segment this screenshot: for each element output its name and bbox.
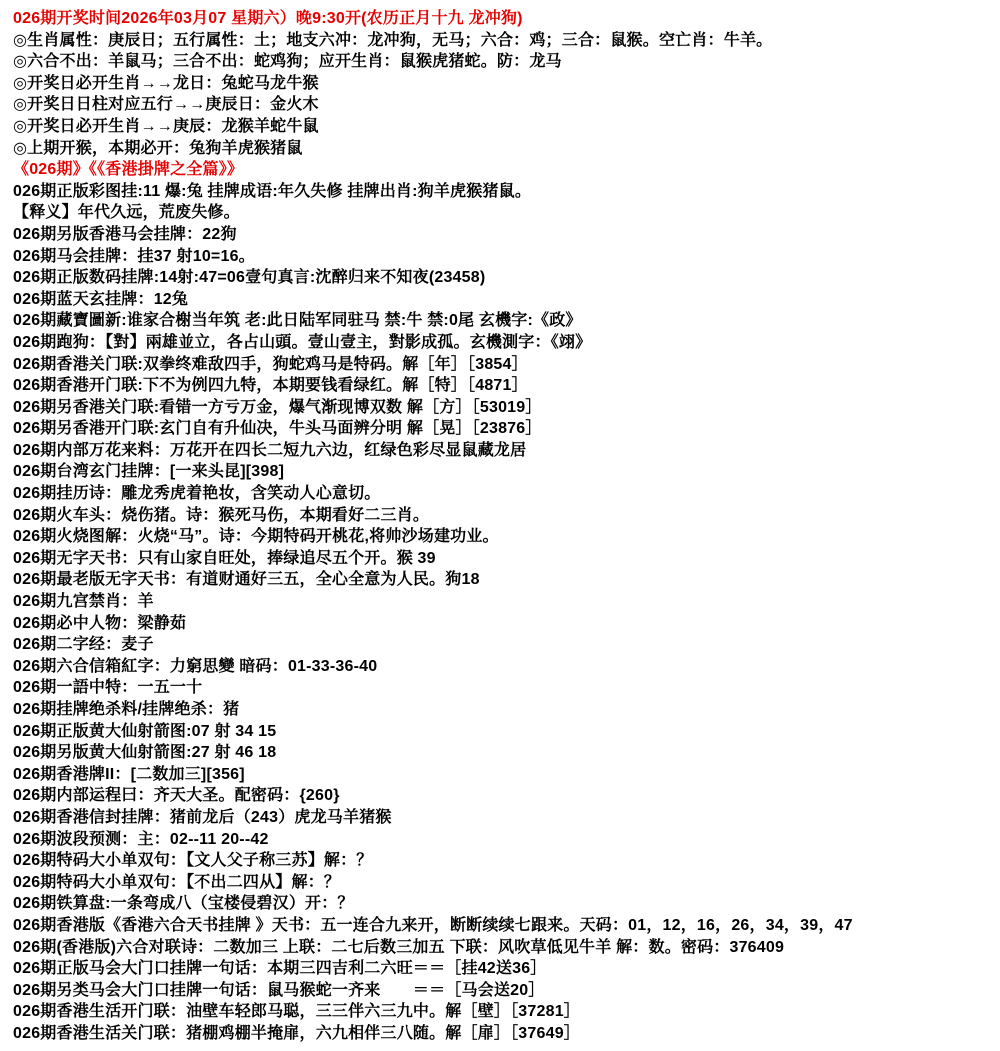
text-line: ◎上期开猴，本期必开：兔狗羊虎猴猪鼠 xyxy=(13,138,994,160)
text-line: 026期正版马会大门口挂牌一句话：本期三四吉利二六旺＝＝［挂42送36］ xyxy=(13,958,994,980)
text-line: 026期六合信箱紅字：力窮思變 暗码：01-33-36-40 xyxy=(13,656,994,678)
text-line: 026期香港开门联:下不为例四九特，本期要钱看绿红。解［特］［4871］ xyxy=(13,375,994,397)
text-line: ◎六合不出：羊鼠马；三合不出：蛇鸡狗；应开生肖：鼠猴虎猪蛇。防：龙马 xyxy=(13,51,994,73)
text-line: 026期(香港版)六合对联诗：二数加三 上联：二七后数三加五 下联：风吹草低见牛… xyxy=(13,937,994,959)
text-line: 026期正版数码挂牌:14射:47=06壹句真言:沈醉归来不知夜(23458) xyxy=(13,267,994,289)
text-line: ◎开奖日必开生肖→→龙日：兔蛇马龙牛猴 xyxy=(13,73,994,95)
text-line: 026期香港牌II：[二数加三][356] xyxy=(13,764,994,786)
text-line: 026期蓝天玄挂牌：12兔 xyxy=(13,289,994,311)
text-line: 026期香港生活关门联：猪棚鸡棚半掩扉，六九相伴三八随。解［扉］［37649］ xyxy=(13,1023,994,1045)
text-line: 026期无字天书：只有山家自旺处，捧绿追尽五个开。猴 39 xyxy=(13,548,994,570)
text-line: ◎开奖日必开生肖→→庚辰：龙猴羊蛇牛鼠 xyxy=(13,116,994,138)
text-line: 026期另香港关门联:看错一方亏万金，爆气渐现博双数 解［方］［53019］ xyxy=(13,397,994,419)
text-line: 026期九宫禁肖：羊 xyxy=(13,591,994,613)
text-line: 026期另版香港马会挂牌：22狗 xyxy=(13,224,994,246)
highlight-text-line: 《026期》《《香港掛牌之全篇》》 xyxy=(13,159,994,181)
text-line: 026期另版黄大仙射箭图:27 射 46 18 xyxy=(13,742,994,764)
text-line: 026期香港生活开门联：油壁车轻郎马聪，三三伴六三九中。解［壁］［37281］ xyxy=(13,1001,994,1023)
text-line: 026期跑狗：【對】兩雄並立，各占山頭。壹山壹主，對影成孤。玄機測字：《翊》 xyxy=(13,332,994,354)
text-line: 026期挂历诗：雕龙秀虎着艳妆，含笑动人心意切。 xyxy=(13,483,994,505)
text-line: 026期特码大小单双句：【文人父子称三苏】解：？ xyxy=(13,850,994,872)
text-line: 026期马会挂牌：挂37 射10=16。 xyxy=(13,246,994,268)
text-line: 026期香港信封挂牌：猪前龙后（243）虎龙马羊猪猴 xyxy=(13,807,994,829)
text-line: 026期台湾玄门挂牌：[一来头昆][398] xyxy=(13,461,994,483)
text-line: 026期内部运程曰：齐天大圣。配密码：{260} xyxy=(13,785,994,807)
text-line: 026期内部万花来料：万花开在四长二短九六边，红绿色彩尽显鼠藏龙居 xyxy=(13,440,994,462)
text-line: 026期火烧图解：火烧“马”。诗：今期特码开桃花,将帅沙场建功业。 xyxy=(13,526,994,548)
text-line: 026期正版黄大仙射箭图:07 射 34 15 xyxy=(13,721,994,743)
text-line: 026期香港关门联:双拳终难敌四手，狗蛇鸡马是特码。解［年］［3854］ xyxy=(13,354,994,376)
text-line: 026期另类马会大门口挂牌一句话：鼠马猴蛇一齐来 ＝＝［马会送20］ xyxy=(13,980,994,1002)
text-line: 【释义】年代久远，荒废失修。 xyxy=(13,202,994,224)
text-line: 026期波段预测：主：02--11 20--42 xyxy=(13,829,994,851)
highlight-text-line: 026期开奖时间2026年03月07 星期六）晚9:30开(农历正月十九 龙冲狗… xyxy=(13,8,994,30)
text-line: 026期挂牌绝杀料/挂牌绝杀：猪 xyxy=(13,699,994,721)
text-line: ◎开奖日日柱对应五行→→庚辰日：金火木 xyxy=(13,94,994,116)
text-line: 026期正版彩图挂:11 爆:兔 挂牌成语:年久失修 挂牌出肖:狗羊虎猴猪鼠。 xyxy=(13,181,994,203)
text-line: 026期另香港开门联:玄门自有升仙决，牛头马面辨分明 解［晃］［23876］ xyxy=(13,418,994,440)
text-line: 026期香港版《香港六合天书挂牌 》天书：五一连合九来开，断断续续七跟来。天码：… xyxy=(13,915,994,937)
text-line: 026期藏寶圖新:谁家合榭当年筑 老:此日陆军同驻马 禁:牛 禁:0尾 玄機字:… xyxy=(13,310,994,332)
text-line: 026期必中人物：梁静茹 xyxy=(13,613,994,635)
text-line: 026期最老版无字天书：有道财通好三五，全心全意为人民。狗18 xyxy=(13,569,994,591)
text-line: 026期特码大小单双句：【不出二四从】解：？ xyxy=(13,872,994,894)
text-line: 026期二字经：麦子 xyxy=(13,634,994,656)
text-line: 026期铁算盘:一条弯成八（宝楼侵碧汉）开：？ xyxy=(13,893,994,915)
lottery-tips-document: 026期开奖时间2026年03月07 星期六）晚9:30开(农历正月十九 龙冲狗… xyxy=(0,0,1000,1045)
text-line: ◎生肖属性：庚辰日；五行属性：土；地支六冲：龙冲狗，无马；六合：鸡；三合：鼠猴。… xyxy=(13,30,994,52)
text-line: 026期火车头：烧伤猪。诗：猴死马伤，本期看好二三肖。 xyxy=(13,505,994,527)
text-line: 026期一語中特：一五一十 xyxy=(13,677,994,699)
